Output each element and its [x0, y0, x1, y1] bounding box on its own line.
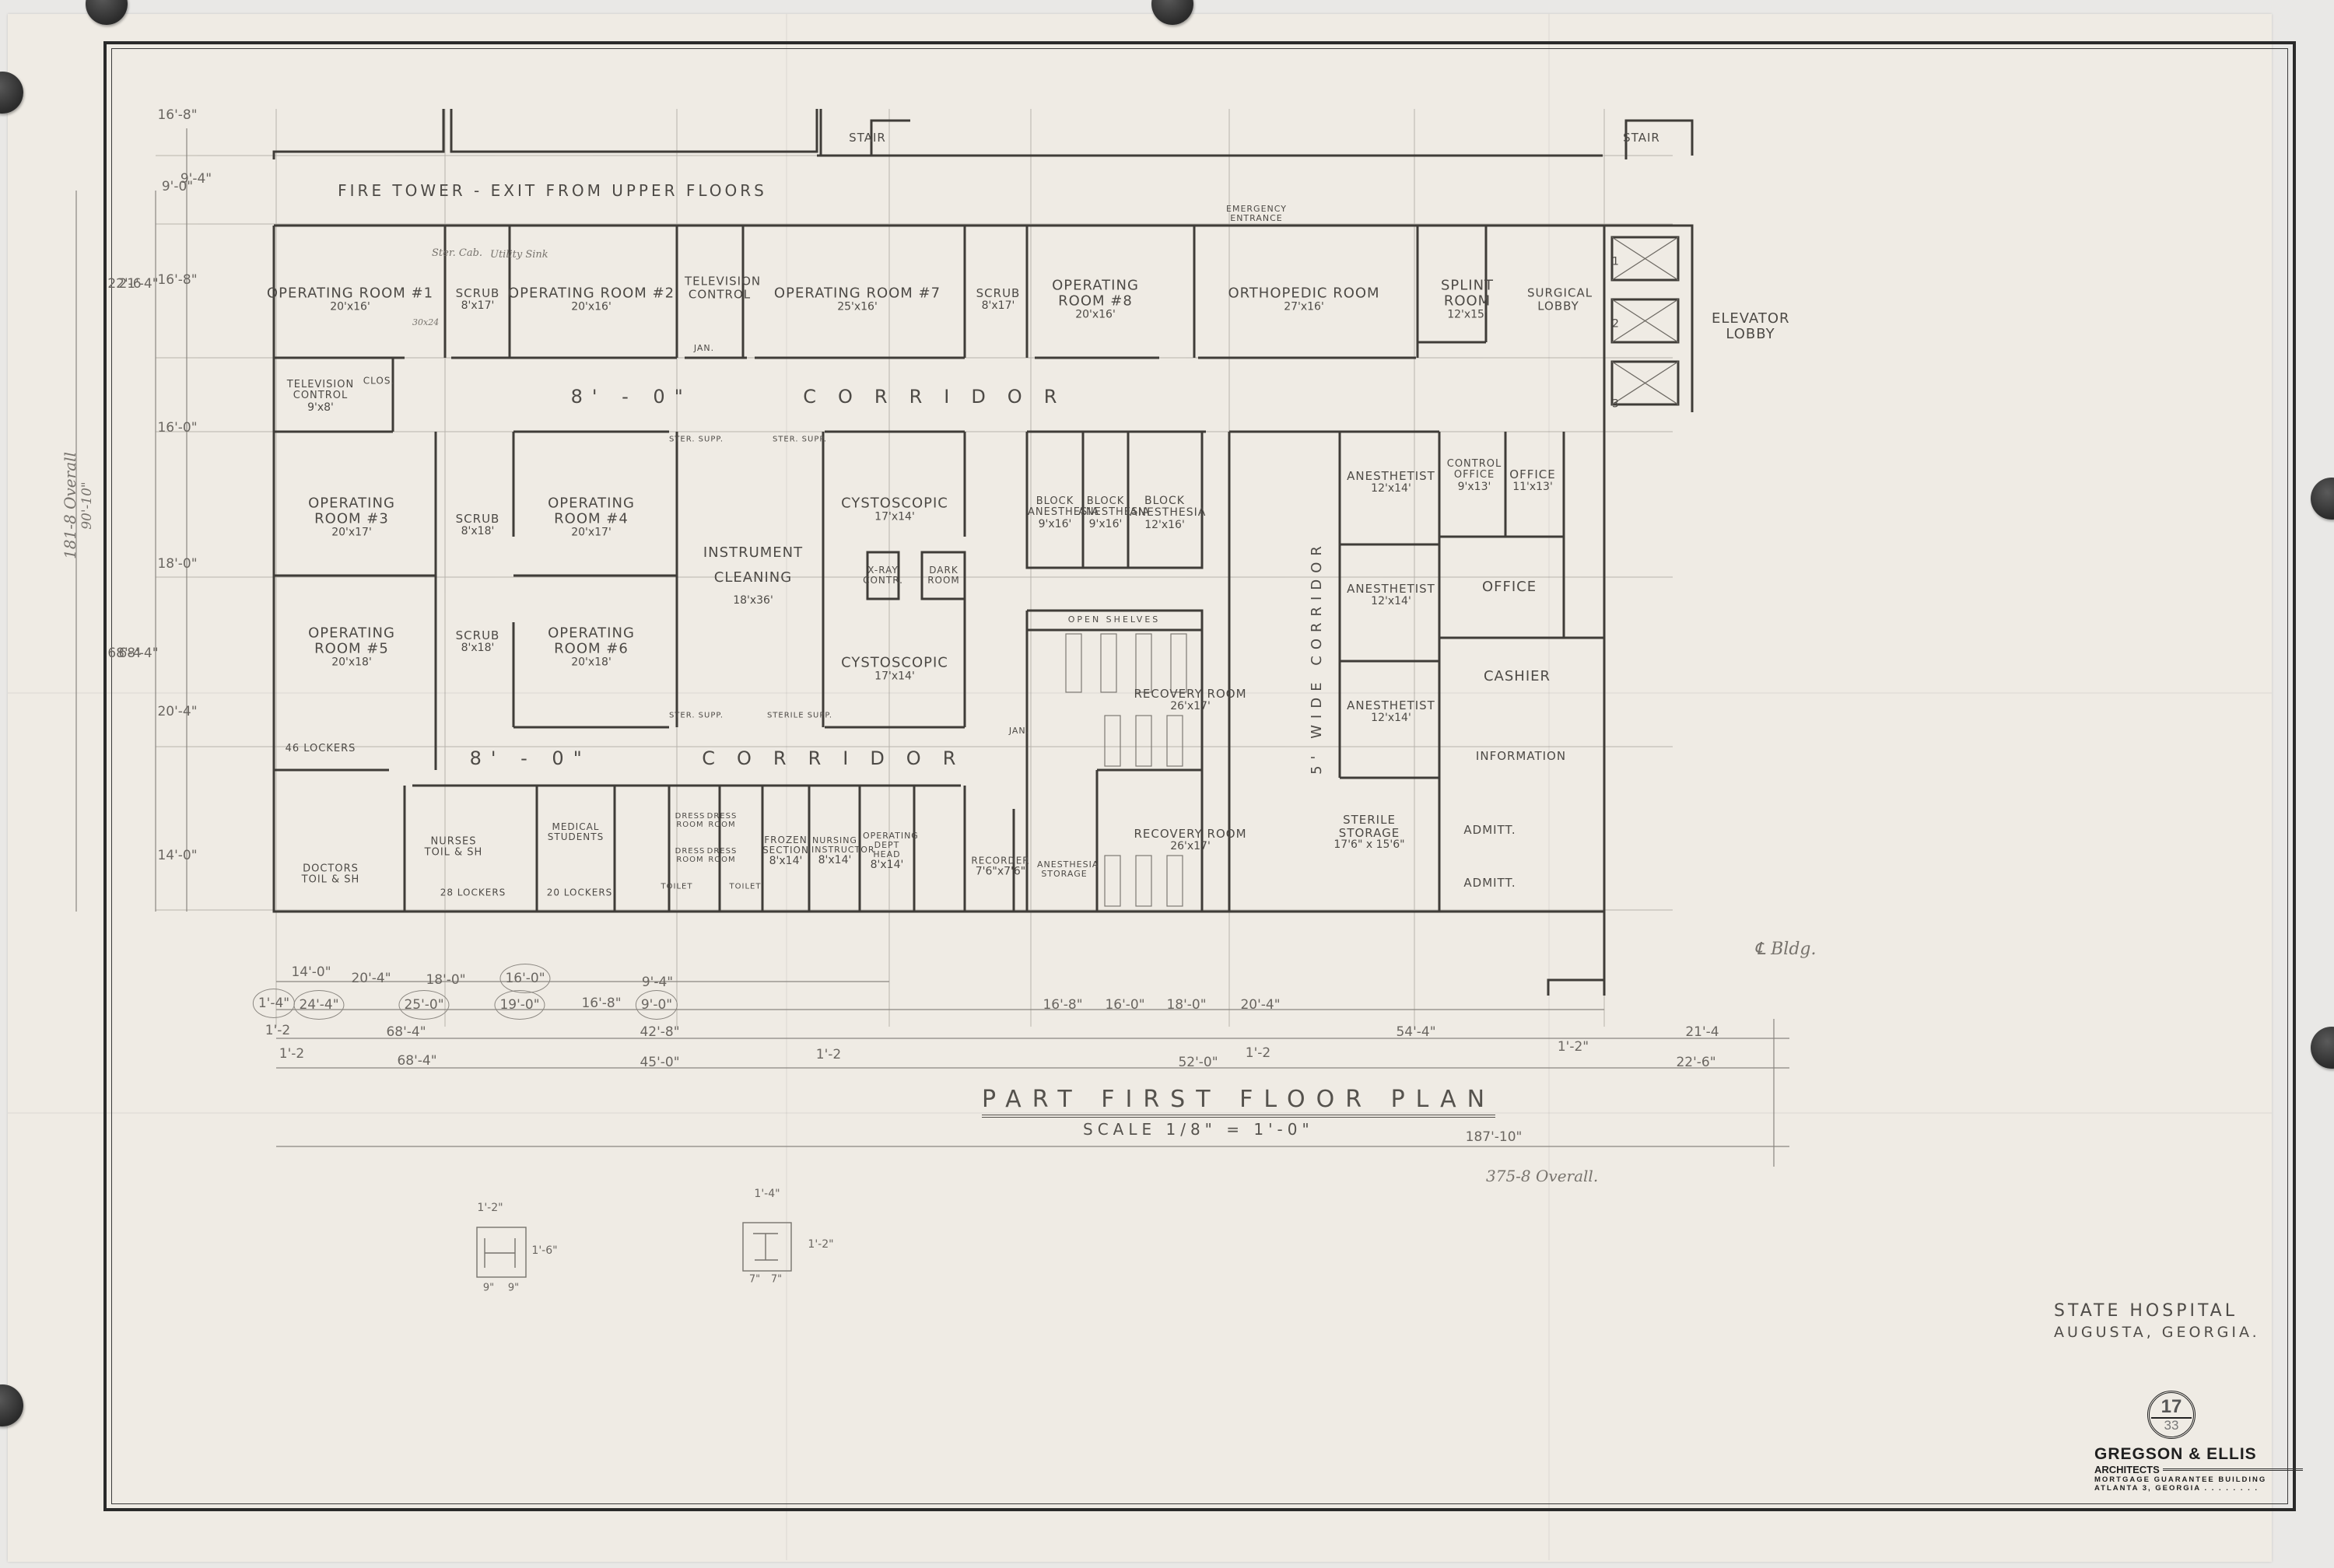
- dimension: 14'-0": [291, 964, 331, 980]
- room-sterile-storage: STERILE STORAGE17'6" x 15'6": [1326, 814, 1412, 851]
- room-toilet: TOILET: [730, 883, 762, 891]
- room-frozen-section: FROZEN SECTION8'x14': [762, 835, 809, 868]
- room-operating-1: OPERATING ROOM #120'x16': [267, 285, 433, 313]
- firm-rule: [2163, 1468, 2303, 1471]
- dimension: 18'-0": [1166, 997, 1206, 1013]
- firm-address-1: MORTGAGE GUARANTEE BUILDING: [2094, 1475, 2303, 1484]
- room-cystoscopic-2: CYSTOSCOPIC17'x14': [841, 655, 948, 682]
- firm-address-2: ATLANTA 3, GEORGIA . . . . . . . .: [2094, 1484, 2303, 1493]
- room-nurses-toilet: NURSES TOIL & SH: [422, 837, 485, 859]
- detail-dimension: 1'-2": [477, 1202, 503, 1214]
- room-medical-students: MEDICAL STUDENTS: [545, 822, 607, 842]
- corridor-lower: 8' - 0" CORRIDOR: [470, 748, 978, 768]
- room-admitting-2: ADMITT.: [1463, 877, 1516, 890]
- room-cystoscopic-1: CYSTOSCOPIC17'x14': [841, 495, 948, 523]
- sheet-number: 17: [2150, 1396, 2193, 1418]
- overall-horizontal-note: 375-8 Overall.: [1486, 1167, 1598, 1185]
- dimension: 18'-0": [426, 972, 465, 988]
- dimension: 54'-4": [1396, 1024, 1435, 1040]
- lockers-28: 28 LOCKERS: [440, 887, 506, 898]
- dimension: 20'-4": [1240, 997, 1280, 1013]
- dimension: 20'-4": [157, 704, 197, 719]
- corridor-side: 5' WIDE CORRIDOR: [1309, 540, 1325, 775]
- dimension: 9'-0": [636, 990, 678, 1020]
- dimension: 16'-8": [581, 996, 621, 1011]
- sheet-number-badge: 17 33: [2147, 1391, 2196, 1439]
- sketch-note: Ster. Cab.: [432, 247, 482, 259]
- dimension: 19'-0": [494, 990, 545, 1020]
- sheet-total: 33: [2150, 1418, 2193, 1433]
- room-stair-1: STAIR: [849, 131, 886, 145]
- room-admitting-1: ADMITT.: [1463, 824, 1516, 837]
- room-janitor: JAN.: [1009, 726, 1029, 736]
- dimension: 68'-4": [386, 1024, 426, 1040]
- corridor-upper: 8' - 0" CORRIDOR: [571, 387, 1079, 407]
- room-control-office: CONTROL OFFICE9'x13': [1443, 459, 1505, 493]
- room-office-1: OFFICE11'x13': [1509, 468, 1555, 493]
- centerline-note: ℄ Bldg.: [1754, 940, 1816, 959]
- room-surgical-lobby: SURGICAL LOBBY: [1527, 287, 1589, 313]
- elevator-number: 3: [1612, 398, 1620, 410]
- project-name: STATE HOSPITAL: [2054, 1300, 2260, 1323]
- emergency-entrance-label: EMERGENCY ENTRANCE: [1221, 205, 1291, 223]
- room-nursing-instructor: NURSING INSTRUCTOR8'x14': [811, 836, 858, 867]
- room-operating-8: OPERATING ROOM #820'x16': [1041, 278, 1150, 321]
- detail-dimension: 9": [508, 1283, 519, 1294]
- dimension: 16'-0": [157, 420, 197, 436]
- room-orthopedic: ORTHOPEDIC ROOM27'x16': [1228, 285, 1379, 313]
- project-title: STATE HOSPITAL AUGUSTA, GEORGIA.: [2054, 1300, 2260, 1342]
- room-dress: DRESS ROOM: [675, 847, 706, 864]
- room-xray-control: X-RAY CONTR.: [860, 565, 906, 586]
- dimension: 16'-8": [157, 107, 197, 123]
- room-janitor: JAN.: [694, 344, 714, 353]
- dimension: 9'-4": [642, 975, 673, 990]
- room-office-2: OFFICE: [1482, 579, 1537, 595]
- dimension: 22'-6": [1676, 1055, 1715, 1070]
- dimension: 14'-0": [157, 848, 197, 863]
- room-dress: DRESS ROOM: [706, 847, 738, 864]
- room-operating-3: OPERATING ROOM #320'x17': [297, 496, 406, 539]
- detail-dimension: 9": [483, 1283, 494, 1294]
- floor-plan-drawing: [0, 0, 2334, 1568]
- room-dress: DRESS ROOM: [675, 812, 706, 829]
- room-dark-room: DARK ROOM: [920, 565, 967, 586]
- drawing-scale: SCALE 1/8" = 1'-0": [1083, 1120, 1314, 1139]
- dimension: 16'-8": [157, 272, 197, 288]
- fire-tower-label: FIRE TOWER - EXIT FROM UPPER FLOORS: [338, 182, 767, 199]
- room-scrub: SCRUB8'x18': [456, 513, 500, 537]
- dimension: 68'-4": [118, 646, 158, 661]
- elevator-number: 1: [1612, 256, 1620, 268]
- room-anesthetist-1: ANESTHETIST12'x14': [1347, 470, 1435, 495]
- dimension: 1'-2": [1558, 1039, 1589, 1055]
- room-anesthetist-2: ANESTHETIST12'x14': [1347, 583, 1435, 607]
- room-closet: CLOS.: [363, 376, 395, 386]
- lockers-46: 46 LOCKERS: [286, 744, 356, 754]
- room-sterile-supply: STER. SUPP.: [669, 712, 724, 720]
- room-operating-6: OPERATING ROOM #620'x18': [537, 626, 646, 669]
- room-toilet: TOILET: [661, 883, 693, 891]
- architect-stamp: GREGSON & ELLIS ARCHITECTS MORTGAGE GUAR…: [2094, 1445, 2303, 1493]
- room-doctors-toilet: DOCTORS TOIL & SH: [300, 864, 362, 887]
- dimension: 42'-8": [640, 1024, 679, 1040]
- room-operating-4: OPERATING ROOM #420'x17': [537, 496, 646, 539]
- detail-dimension: 1'-6": [531, 1244, 557, 1257]
- open-shelves: OPEN SHELVES: [1068, 615, 1161, 625]
- room-block-anesthesia-3: BLOCK ANESTHESIA12'x16': [1130, 495, 1200, 531]
- detail-dimension: 1'-2": [808, 1238, 833, 1251]
- room-operating-dept-head: OPERATING DEPT HEAD8'x14': [863, 831, 911, 872]
- room-block-anesthesia-2: BLOCK ANESTHESIA9'x16': [1078, 496, 1133, 530]
- sketch-note: Utility Sink: [490, 249, 548, 261]
- dimension: 16'-0": [1105, 997, 1144, 1013]
- dimension: 1'-4": [253, 989, 295, 1018]
- dimension: 18'-0": [157, 556, 197, 572]
- room-operating-2: OPERATING ROOM #220'x16': [508, 285, 675, 313]
- room-sterile-supply: STERILE SUPP.: [767, 712, 832, 720]
- dimension: 68'-4": [397, 1053, 436, 1069]
- room-cashier: CASHIER: [1484, 669, 1551, 684]
- dimension: 16'-8": [1043, 997, 1082, 1013]
- room-information: INFORMATION: [1476, 750, 1566, 763]
- elevator-number: 2: [1612, 318, 1620, 330]
- elevator-cars: [1612, 237, 1678, 404]
- room-splint: SPLINT ROOM12'x15': [1436, 278, 1498, 321]
- room-block-anesthesia-1: BLOCK ANESTHESIA9'x16': [1028, 496, 1082, 530]
- dimension: 21'-4: [1685, 1024, 1719, 1040]
- dimension: 25'-0": [398, 990, 449, 1020]
- room-scrub: SCRUB8'x17': [456, 287, 500, 312]
- room-scrub: SCRUB8'x18': [456, 629, 500, 654]
- project-location: AUGUSTA, GEORGIA.: [2054, 1323, 2260, 1342]
- room-anesthetist-3: ANESTHETIST12'x14': [1347, 699, 1435, 724]
- dimension-total: 187'-10": [1466, 1129, 1523, 1145]
- room-television-control-2: TELEVISION CONTROL9'x8': [286, 380, 356, 414]
- dimension: 9'-4": [180, 171, 212, 187]
- room-sterile-supply: STER. SUPP.: [669, 436, 724, 444]
- room-operating-7: OPERATING ROOM #725'x16': [774, 285, 941, 313]
- sketch-note: 30x24: [412, 317, 439, 327]
- detail-dimension: 1'-4": [754, 1188, 780, 1200]
- room-elevator-lobby: ELEVATOR LOBBY: [1712, 311, 1789, 342]
- room-recorder: RECORDER7'6"x7'6": [971, 856, 1029, 879]
- detail-dimension: 7": [771, 1274, 782, 1286]
- room-recovery-2: RECOVERY ROOM26'x17': [1134, 828, 1246, 852]
- drawing-title: PART FIRST FLOOR PLAN: [982, 1086, 1495, 1118]
- dimension: 1'-2: [279, 1046, 304, 1062]
- firm-role: ARCHITECTS: [2094, 1464, 2160, 1475]
- dimension: 21'-4": [118, 276, 158, 292]
- overall-vertical-note: 181-8 Overall: [61, 452, 79, 559]
- dimension: 1'-2: [265, 1023, 290, 1038]
- room-dress: DRESS ROOM: [706, 812, 738, 829]
- dimension: 16'-0": [499, 964, 550, 993]
- dimension: 1'-2: [1246, 1045, 1270, 1061]
- room-television-control: TELEVISION CONTROL: [685, 275, 755, 301]
- detail-dimension: 7": [749, 1274, 760, 1286]
- room-sterile-supply: STER. SUPP.: [773, 436, 827, 444]
- room-anesthesia-storage: ANESTHESIA STORAGE: [1037, 860, 1092, 879]
- room-recovery-1: RECOVERY ROOM26'x17': [1134, 688, 1246, 712]
- dimension: 20'-4": [351, 971, 391, 986]
- dimension: 24'-4": [293, 990, 344, 1020]
- column-details: [477, 1223, 791, 1277]
- half-vertical-note: 90'-10": [79, 481, 95, 530]
- room-instrument-cleaning: INSTRUMENT CLEANING18'x36': [703, 541, 804, 611]
- room-scrub: SCRUB8'x17': [976, 287, 1021, 312]
- room-operating-5: OPERATING ROOM #520'x18': [297, 626, 406, 669]
- dimension: 52'-0": [1178, 1055, 1218, 1070]
- firm-name: GREGSON & ELLIS: [2094, 1445, 2303, 1464]
- room-stair-2: STAIR: [1623, 131, 1660, 145]
- dimension: 45'-0": [640, 1055, 679, 1070]
- dimension: 1'-2: [816, 1047, 841, 1062]
- lockers-20: 20 LOCKERS: [547, 887, 613, 898]
